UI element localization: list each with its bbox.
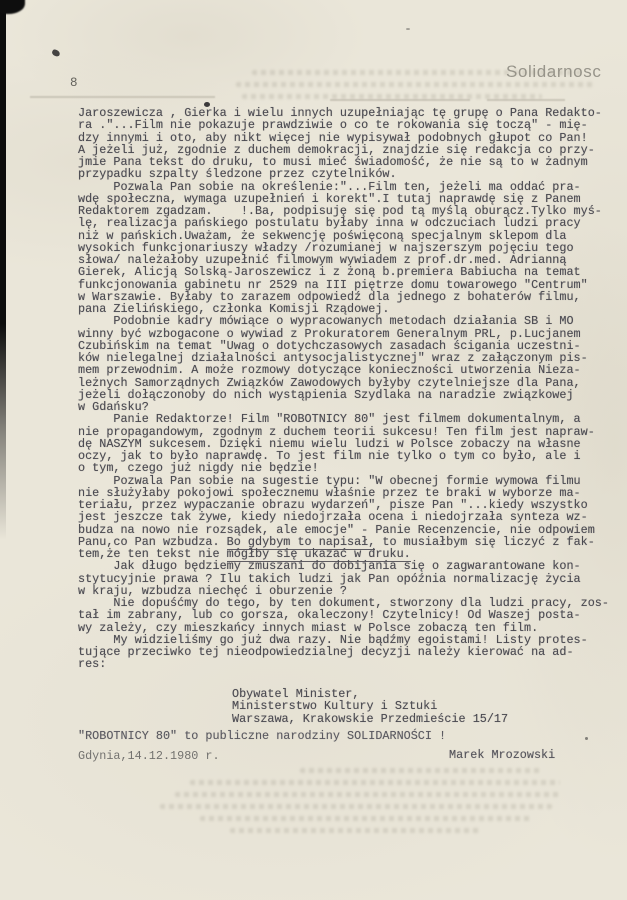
text-line: lę, realizacja pańskiego postulatu byłab… [78, 217, 623, 229]
text-line: Warszawa, Krakowskie Przedmieście 15/17 [232, 713, 508, 725]
address-block: Obywatel Minister,Ministerstwo Kultury i… [232, 688, 508, 725]
scan-left-edge-artifact [0, 0, 6, 540]
text-line: ra ."...Film nie pokazuje prawdziwie o c… [78, 119, 623, 131]
ink-speck [585, 737, 588, 740]
text-line: niż w pańskich.Uważam, że sekwencję pośw… [78, 230, 623, 242]
text-line: Pozwala Pan sobie na określenie:"...Film… [78, 181, 623, 193]
scan-corner-blot [0, 0, 25, 14]
text-line: res: [78, 658, 623, 670]
text-line: Podobnie kadry mówiące o wypracowanych m… [78, 315, 623, 327]
text-line: Panie Redaktorze! Film "ROBOTNICY 80" je… [78, 413, 623, 425]
document-page: Solidarnosc 8 Jaroszewicza , Gierka i wi… [0, 0, 627, 900]
text-line: leżnych Samorządnych Związków Zawodowych… [78, 377, 623, 389]
dateline: Gdynia,14.12.1980 r. [78, 749, 220, 763]
bleedthrough-text [300, 768, 540, 773]
page-number: 8 [70, 76, 78, 90]
slogan-line: "ROBOTNICY 80" to publiczne narodziny SO… [78, 729, 446, 743]
text-line: mem przewodnim. A może rozmowy dotyczące… [78, 364, 623, 376]
bleedthrough-text [200, 816, 530, 821]
bleedthrough-text [160, 804, 552, 809]
body-text: Jaroszewicza , Gierka i wielu innych uzu… [78, 107, 623, 671]
text-line: dzy innymi i oto, aby nikt więcej nie wy… [78, 132, 623, 144]
scan-rule-left [30, 96, 215, 98]
text-line: nie propagandowym, zgodnym z duchem teor… [78, 426, 623, 438]
scan-rule-center [330, 99, 470, 101]
text-line: o tym, czego już nigdy nie będzie! [78, 462, 623, 474]
text-line: jeżeli dołączonoby do nich wystąpienia S… [78, 389, 623, 401]
bleedthrough-text [236, 82, 594, 87]
text-line: Ministerstwo Kultury i Sztuki [232, 700, 508, 712]
bleedthrough-text [190, 780, 560, 785]
text-line: winny być wzbogacone o wywiad z Prokurat… [78, 328, 623, 340]
text-line: tujące przeciwko tej nieodpowiedzialnej … [78, 646, 623, 658]
text-line: wy zależy, czy mieszkańcy innych miast w… [78, 622, 623, 634]
signature-name: Marek Mrozowski [449, 748, 555, 762]
text-line: Pozwala Pan sobie na sugestie typu: "W o… [78, 475, 623, 487]
text-line: funkcjonowania gabinetu nr 2529 na III p… [78, 279, 623, 291]
text-line: stytucyjnie prawa ? Ilu takich ludzi jak… [78, 573, 623, 585]
ink-speck [51, 49, 61, 58]
masthead-solidarnosc: Solidarnosc [506, 62, 601, 82]
text-line: przypadku szpalty śledzone przez czyteln… [78, 168, 623, 180]
bleedthrough-text [230, 828, 480, 833]
text-line: tał im zabrany, lub co gorsza, okaleczon… [78, 609, 623, 621]
bleedthrough-text [242, 94, 542, 99]
text-line: Jak długo będziemy zmuszani do dobijania… [78, 560, 623, 572]
ink-speck [406, 28, 410, 30]
text-line: jest jeszcze tak żywe, kiedy niedojrzała… [78, 511, 623, 523]
text-line: Gierek, Alicją Solską-Jaroszewicz i z żo… [78, 266, 623, 278]
bleedthrough-text [175, 792, 560, 797]
scan-rule-right [487, 99, 565, 101]
